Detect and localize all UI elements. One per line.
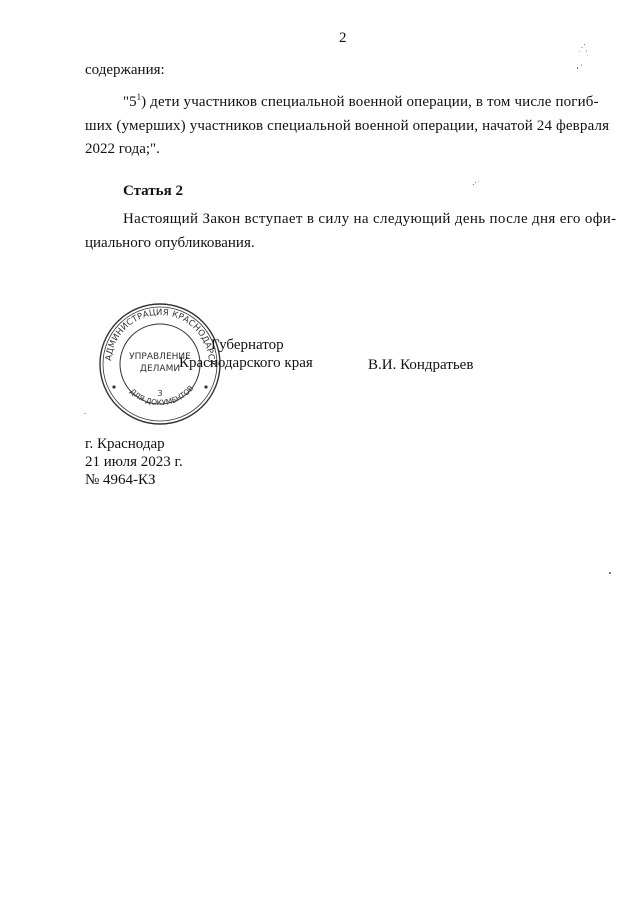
scan-speck (581, 64, 582, 66)
scan-speck (579, 51, 580, 52)
scan-speck (475, 182, 476, 183)
scan-speck (587, 55, 588, 56)
scan-speck (609, 572, 611, 574)
clause-line-1-text: ) дети участников специальной военной оп… (141, 94, 599, 110)
scan-speck (577, 67, 578, 69)
stamp-inner-line-2: ДЕЛАМИ (140, 364, 180, 374)
signature-title-line-2: Краснодарского края (179, 355, 313, 372)
article-line-2: циального опубликования. (85, 235, 255, 252)
document-page: 2 содержания: "51) дети участников специ… (0, 0, 640, 905)
clause-line-3: 2022 года;". (85, 141, 160, 158)
stamp-number: 3 (157, 389, 162, 398)
scan-speck (581, 47, 583, 48)
scan-speck (473, 184, 474, 185)
document-number: № 4964-КЗ (85, 472, 156, 489)
scan-speck (478, 181, 479, 182)
place-city: г. Краснодар (85, 436, 165, 453)
scan-speck (84, 413, 86, 414)
intro-line: содержания: (85, 62, 165, 79)
clause-line-2: ших (умерших) участников специальной вое… (85, 118, 609, 135)
article-line-1: Настоящий Закон вступает в силу на следу… (123, 211, 617, 228)
clause-quote-number: "5 (123, 94, 137, 110)
page-number: 2 (339, 30, 347, 47)
signature-title-line-1: Губернатор (211, 337, 284, 354)
scan-speck (586, 50, 587, 52)
scan-speck (584, 44, 585, 45)
clause-line-1: "51) дети участников специальной военной… (123, 94, 600, 111)
signature-name: В.И. Кондратьев (368, 357, 473, 374)
article-heading: Статья 2 (123, 183, 183, 200)
place-date: 21 июля 2023 г. (85, 454, 183, 471)
